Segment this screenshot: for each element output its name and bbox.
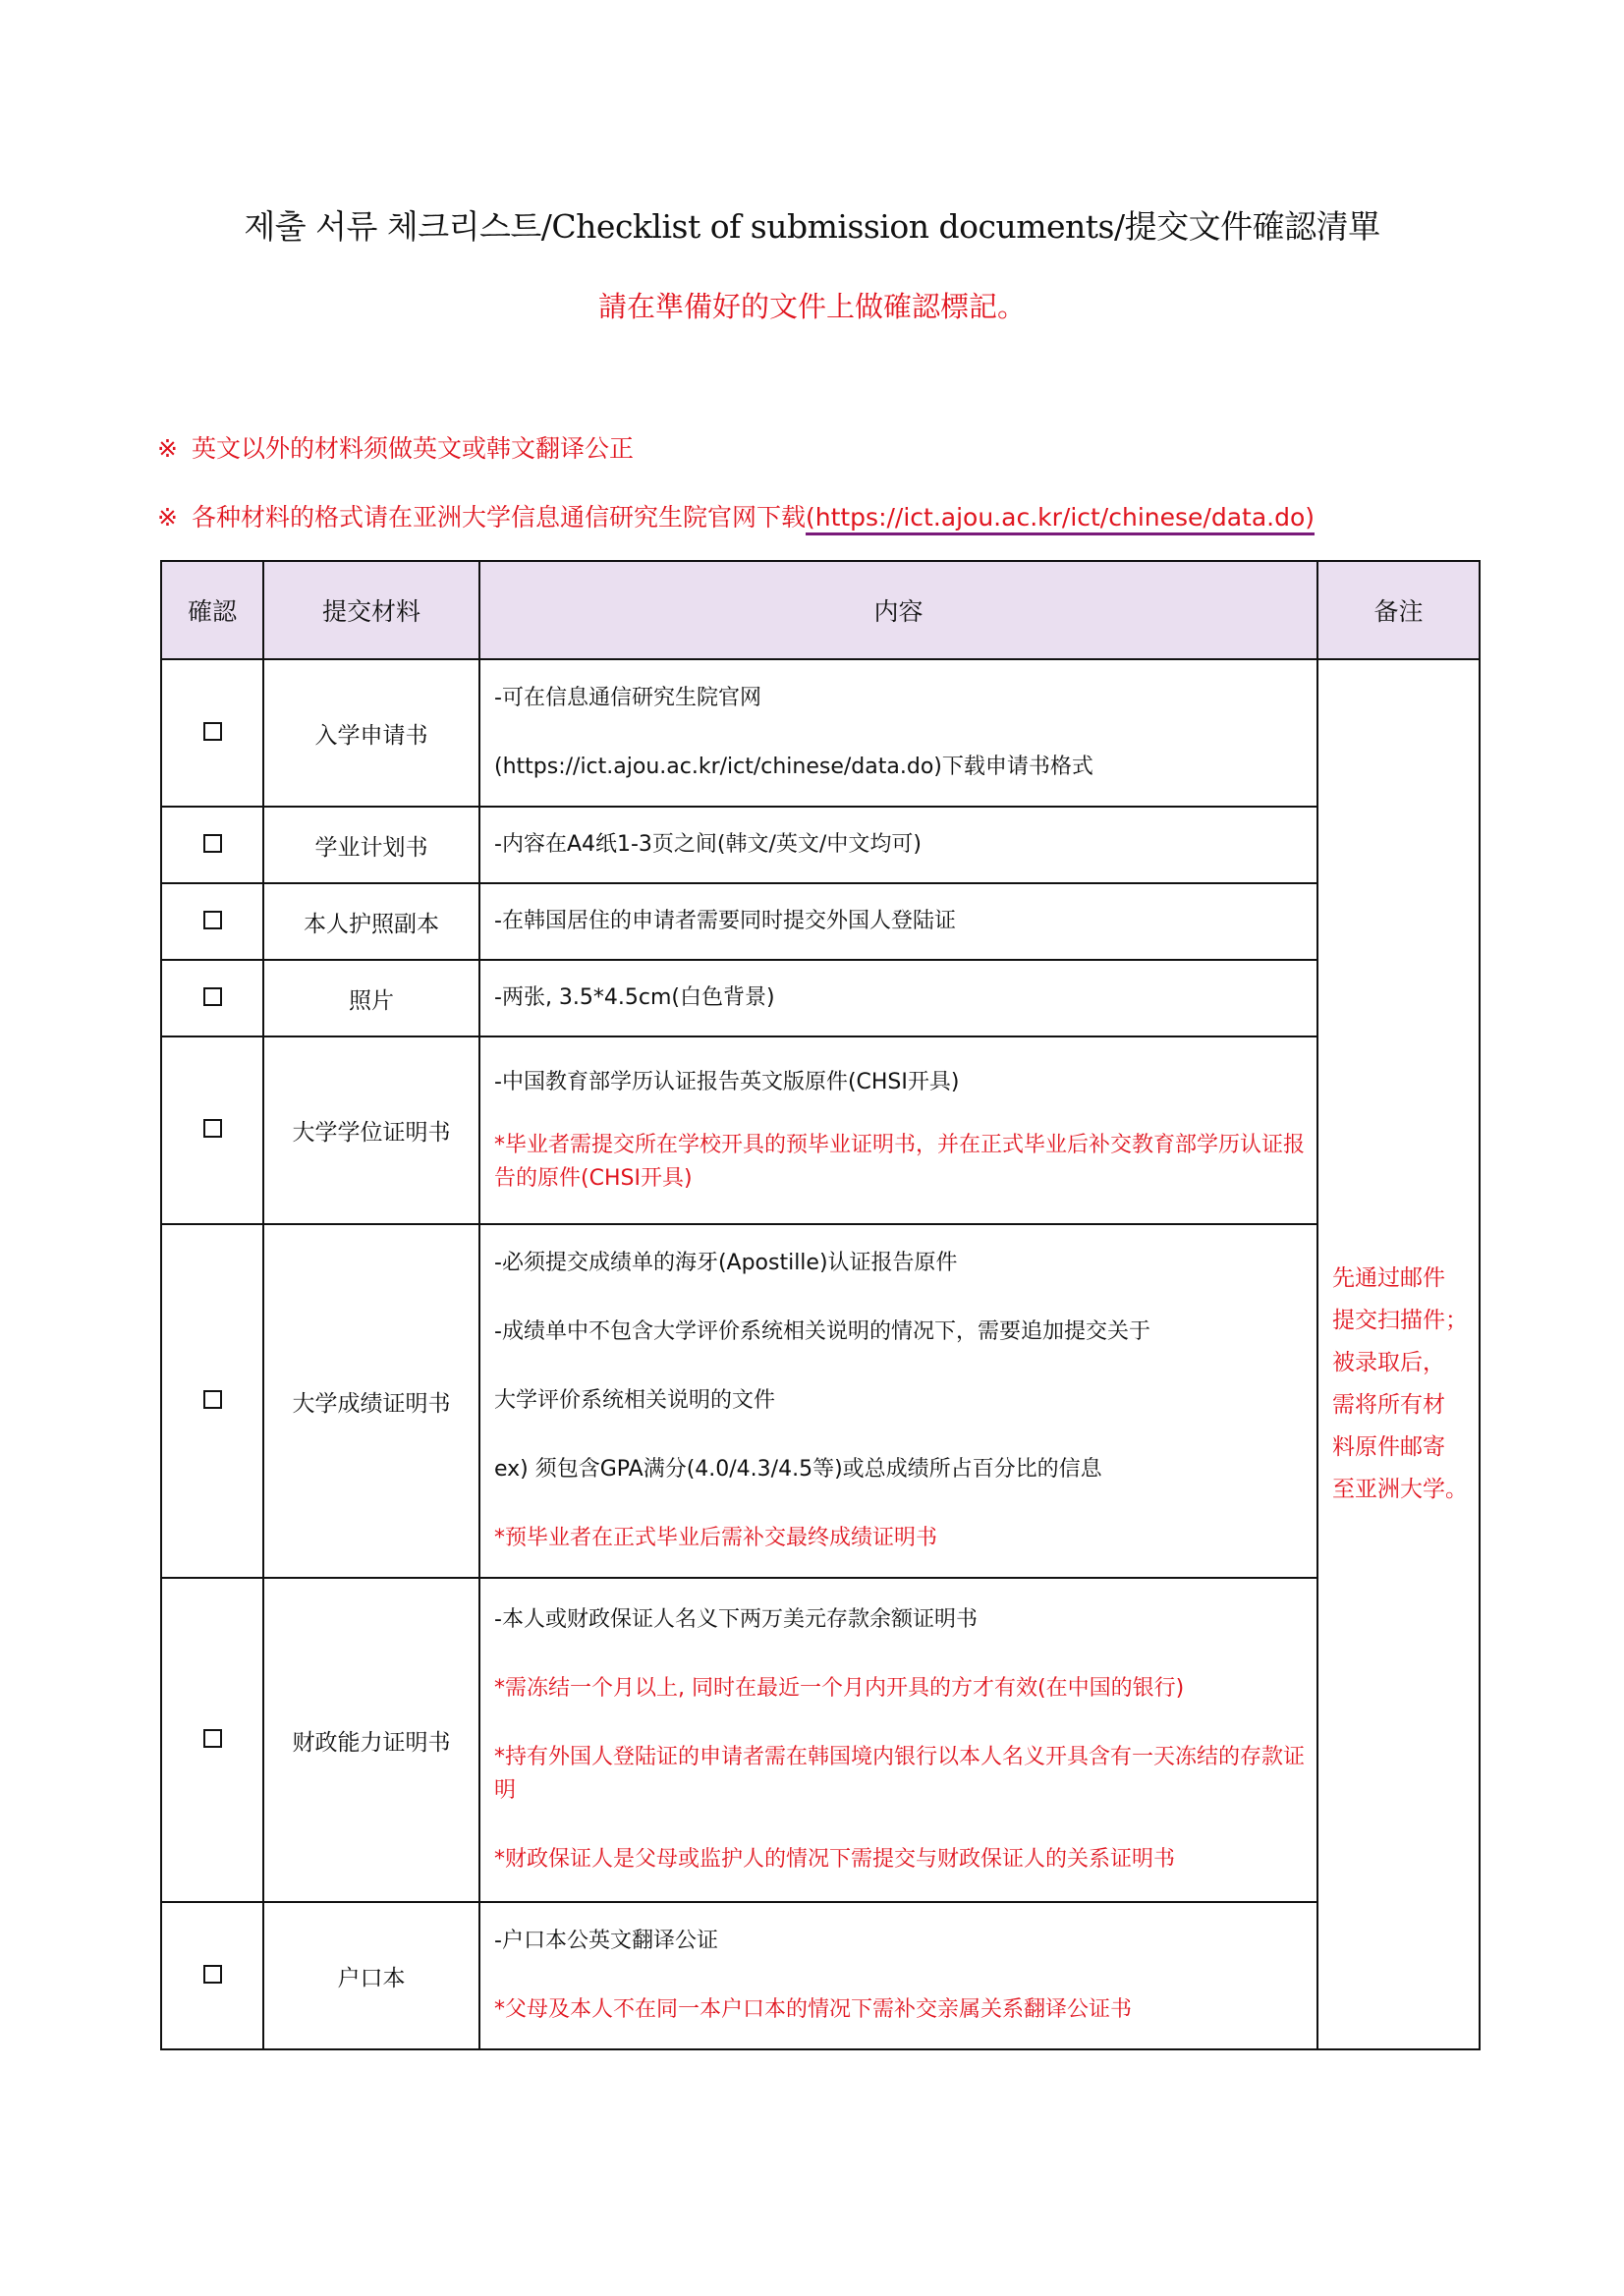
table-row: 学业计划书 -内容在A4纸1-3页之间(韩文/英文/中文均可) bbox=[161, 807, 1480, 883]
page-title: 제출 서류 체크리스트/Checklist of submission docu… bbox=[0, 201, 1624, 248]
content-line: *预毕业者在正式毕业后需补交最终成绩证明书 bbox=[494, 1522, 1307, 1555]
material-name: 户口本 bbox=[263, 1902, 479, 2049]
material-name: 大学成绩证明书 bbox=[263, 1224, 479, 1578]
checkbox[interactable] bbox=[203, 834, 222, 853]
table-header-row: 確認 提交材料 内容 备注 bbox=[161, 561, 1480, 659]
content-line: -中国教育部学历认证报告英文版原件(CHSI开具) bbox=[494, 1066, 1307, 1099]
note-text: 英文以外的材料须做英文或韩文翻译公正 bbox=[192, 434, 634, 463]
content-line: *父母及本人不在同一本户口本的情况下需补交亲属关系翻译公证书 bbox=[494, 1993, 1307, 2027]
table-row: 财政能力证明书 -本人或财政保证人名义下两万美元存款余额证明书 *需冻结一个月以… bbox=[161, 1578, 1480, 1902]
content-line: *毕业者需提交所在学校开具的预毕业证明书，并在正式毕业后补交教育部学历认证报告的… bbox=[494, 1129, 1307, 1196]
remark-line: 至亚洲大学。 bbox=[1332, 1469, 1475, 1511]
remark-cell: 先通过邮件 提交扫描件； 被录取后， 需将所有材 料原件邮寄 至亚洲大学。 bbox=[1317, 659, 1480, 2049]
table-row: 本人护照副本 -在韩国居住的申请者需要同时提交外国人登陆证 bbox=[161, 883, 1480, 960]
download-link[interactable]: (https://ict.ajou.ac.kr/ict/chinese/data… bbox=[806, 503, 1315, 535]
checkbox[interactable] bbox=[203, 1965, 222, 1984]
material-name: 入学申请书 bbox=[263, 659, 479, 807]
content-line: *持有外国人登陆证的申请者需在韩国境内银行以本人名义开具含有一天冻结的存款证明 bbox=[494, 1741, 1307, 1808]
page-subtitle: 請在準備好的文件上做確認標記。 bbox=[0, 285, 1624, 325]
content-line: ex) 须包含GPA满分(4.0/4.3/4.5等)或总成绩所占百分比的信息 bbox=[494, 1453, 1307, 1486]
header-remark: 备注 bbox=[1317, 561, 1480, 659]
header-content: 内容 bbox=[479, 561, 1317, 659]
checkbox[interactable] bbox=[203, 1729, 222, 1748]
remark-line: 先通过邮件 bbox=[1332, 1258, 1475, 1300]
content-cell: -在韩国居住的申请者需要同时提交外国人登陆证 bbox=[479, 883, 1317, 960]
checklist-table: 確認 提交材料 内容 备注 入学申请书 -可在信息通信研究生院官网 (https… bbox=[160, 560, 1481, 2050]
table-row: 照片 -两张, 3.5*4.5cm(白色背景) bbox=[161, 960, 1480, 1036]
material-name: 照片 bbox=[263, 960, 479, 1036]
content-cell: -两张, 3.5*4.5cm(白色背景) bbox=[479, 960, 1317, 1036]
remark-line: 需将所有材 bbox=[1332, 1384, 1475, 1427]
note-text: 各种材料的格式请在亚洲大学信息通信研究生院官网下载 bbox=[192, 503, 806, 532]
table-row: 户口本 -户口本公英文翻译公证 *父母及本人不在同一本户口本的情况下需补交亲属关… bbox=[161, 1902, 1480, 2049]
content-line: -可在信息通信研究生院官网 bbox=[494, 682, 1307, 715]
reference-mark-icon: ※ bbox=[157, 503, 178, 532]
header-check: 確認 bbox=[161, 561, 263, 659]
material-name: 大学学位证明书 bbox=[263, 1036, 479, 1224]
note-download: ※各种材料的格式请在亚洲大学信息通信研究生院官网下载(https://ict.a… bbox=[157, 498, 1315, 533]
material-name: 财政能力证明书 bbox=[263, 1578, 479, 1902]
content-line: -本人或财政保证人名义下两万美元存款余额证明书 bbox=[494, 1603, 1307, 1637]
content-line: -户口本公英文翻译公证 bbox=[494, 1925, 1307, 1958]
content-line: *财政保证人是父母或监护人的情况下需提交与财政保证人的关系证明书 bbox=[494, 1843, 1307, 1876]
checkbox[interactable] bbox=[203, 1390, 222, 1409]
checkbox[interactable] bbox=[203, 987, 222, 1006]
table-row: 入学申请书 -可在信息通信研究生院官网 (https://ict.ajou.ac… bbox=[161, 659, 1480, 807]
content-line: -内容在A4纸1-3页之间(韩文/英文/中文均可) bbox=[494, 828, 1307, 862]
content-line: -两张, 3.5*4.5cm(白色背景) bbox=[494, 981, 1307, 1015]
checkbox[interactable] bbox=[203, 911, 222, 929]
content-line: 大学评价系统相关说明的文件 bbox=[494, 1384, 1307, 1418]
content-line: *需冻结一个月以上, 同时在最近一个月内开具的方才有效(在中国的银行) bbox=[494, 1672, 1307, 1706]
content-cell: -可在信息通信研究生院官网 (https://ict.ajou.ac.kr/ic… bbox=[479, 659, 1317, 807]
checkbox[interactable] bbox=[203, 722, 222, 741]
content-line: -必须提交成绩单的海牙(Apostille)认证报告原件 bbox=[494, 1247, 1307, 1280]
table-row: 大学学位证明书 -中国教育部学历认证报告英文版原件(CHSI开具) *毕业者需提… bbox=[161, 1036, 1480, 1224]
content-line: -成绩单中不包含大学评价系统相关说明的情况下，需要追加提交关于 bbox=[494, 1316, 1307, 1349]
content-line: (https://ict.ajou.ac.kr/ict/chinese/data… bbox=[494, 751, 1307, 784]
remark-line: 料原件邮寄 bbox=[1332, 1427, 1475, 1469]
content-cell: -本人或财政保证人名义下两万美元存款余额证明书 *需冻结一个月以上, 同时在最近… bbox=[479, 1578, 1317, 1902]
content-cell: -内容在A4纸1-3页之间(韩文/英文/中文均可) bbox=[479, 807, 1317, 883]
reference-mark-icon: ※ bbox=[157, 434, 178, 463]
remark-line: 被录取后， bbox=[1332, 1342, 1475, 1384]
content-cell: -户口本公英文翻译公证 *父母及本人不在同一本户口本的情况下需补交亲属关系翻译公… bbox=[479, 1902, 1317, 2049]
checkbox[interactable] bbox=[203, 1119, 222, 1138]
content-line: -在韩国居住的申请者需要同时提交外国人登陆证 bbox=[494, 905, 1307, 938]
table-row: 大学成绩证明书 -必须提交成绩单的海牙(Apostille)认证报告原件 -成绩… bbox=[161, 1224, 1480, 1578]
content-cell: -中国教育部学历认证报告英文版原件(CHSI开具) *毕业者需提交所在学校开具的… bbox=[479, 1036, 1317, 1224]
material-name: 本人护照副本 bbox=[263, 883, 479, 960]
remark-line: 提交扫描件； bbox=[1332, 1300, 1475, 1342]
header-material: 提交材料 bbox=[263, 561, 479, 659]
material-name: 学业计划书 bbox=[263, 807, 479, 883]
content-cell: -必须提交成绩单的海牙(Apostille)认证报告原件 -成绩单中不包含大学评… bbox=[479, 1224, 1317, 1578]
note-translation: ※英文以外的材料须做英文或韩文翻译公正 bbox=[157, 429, 634, 465]
